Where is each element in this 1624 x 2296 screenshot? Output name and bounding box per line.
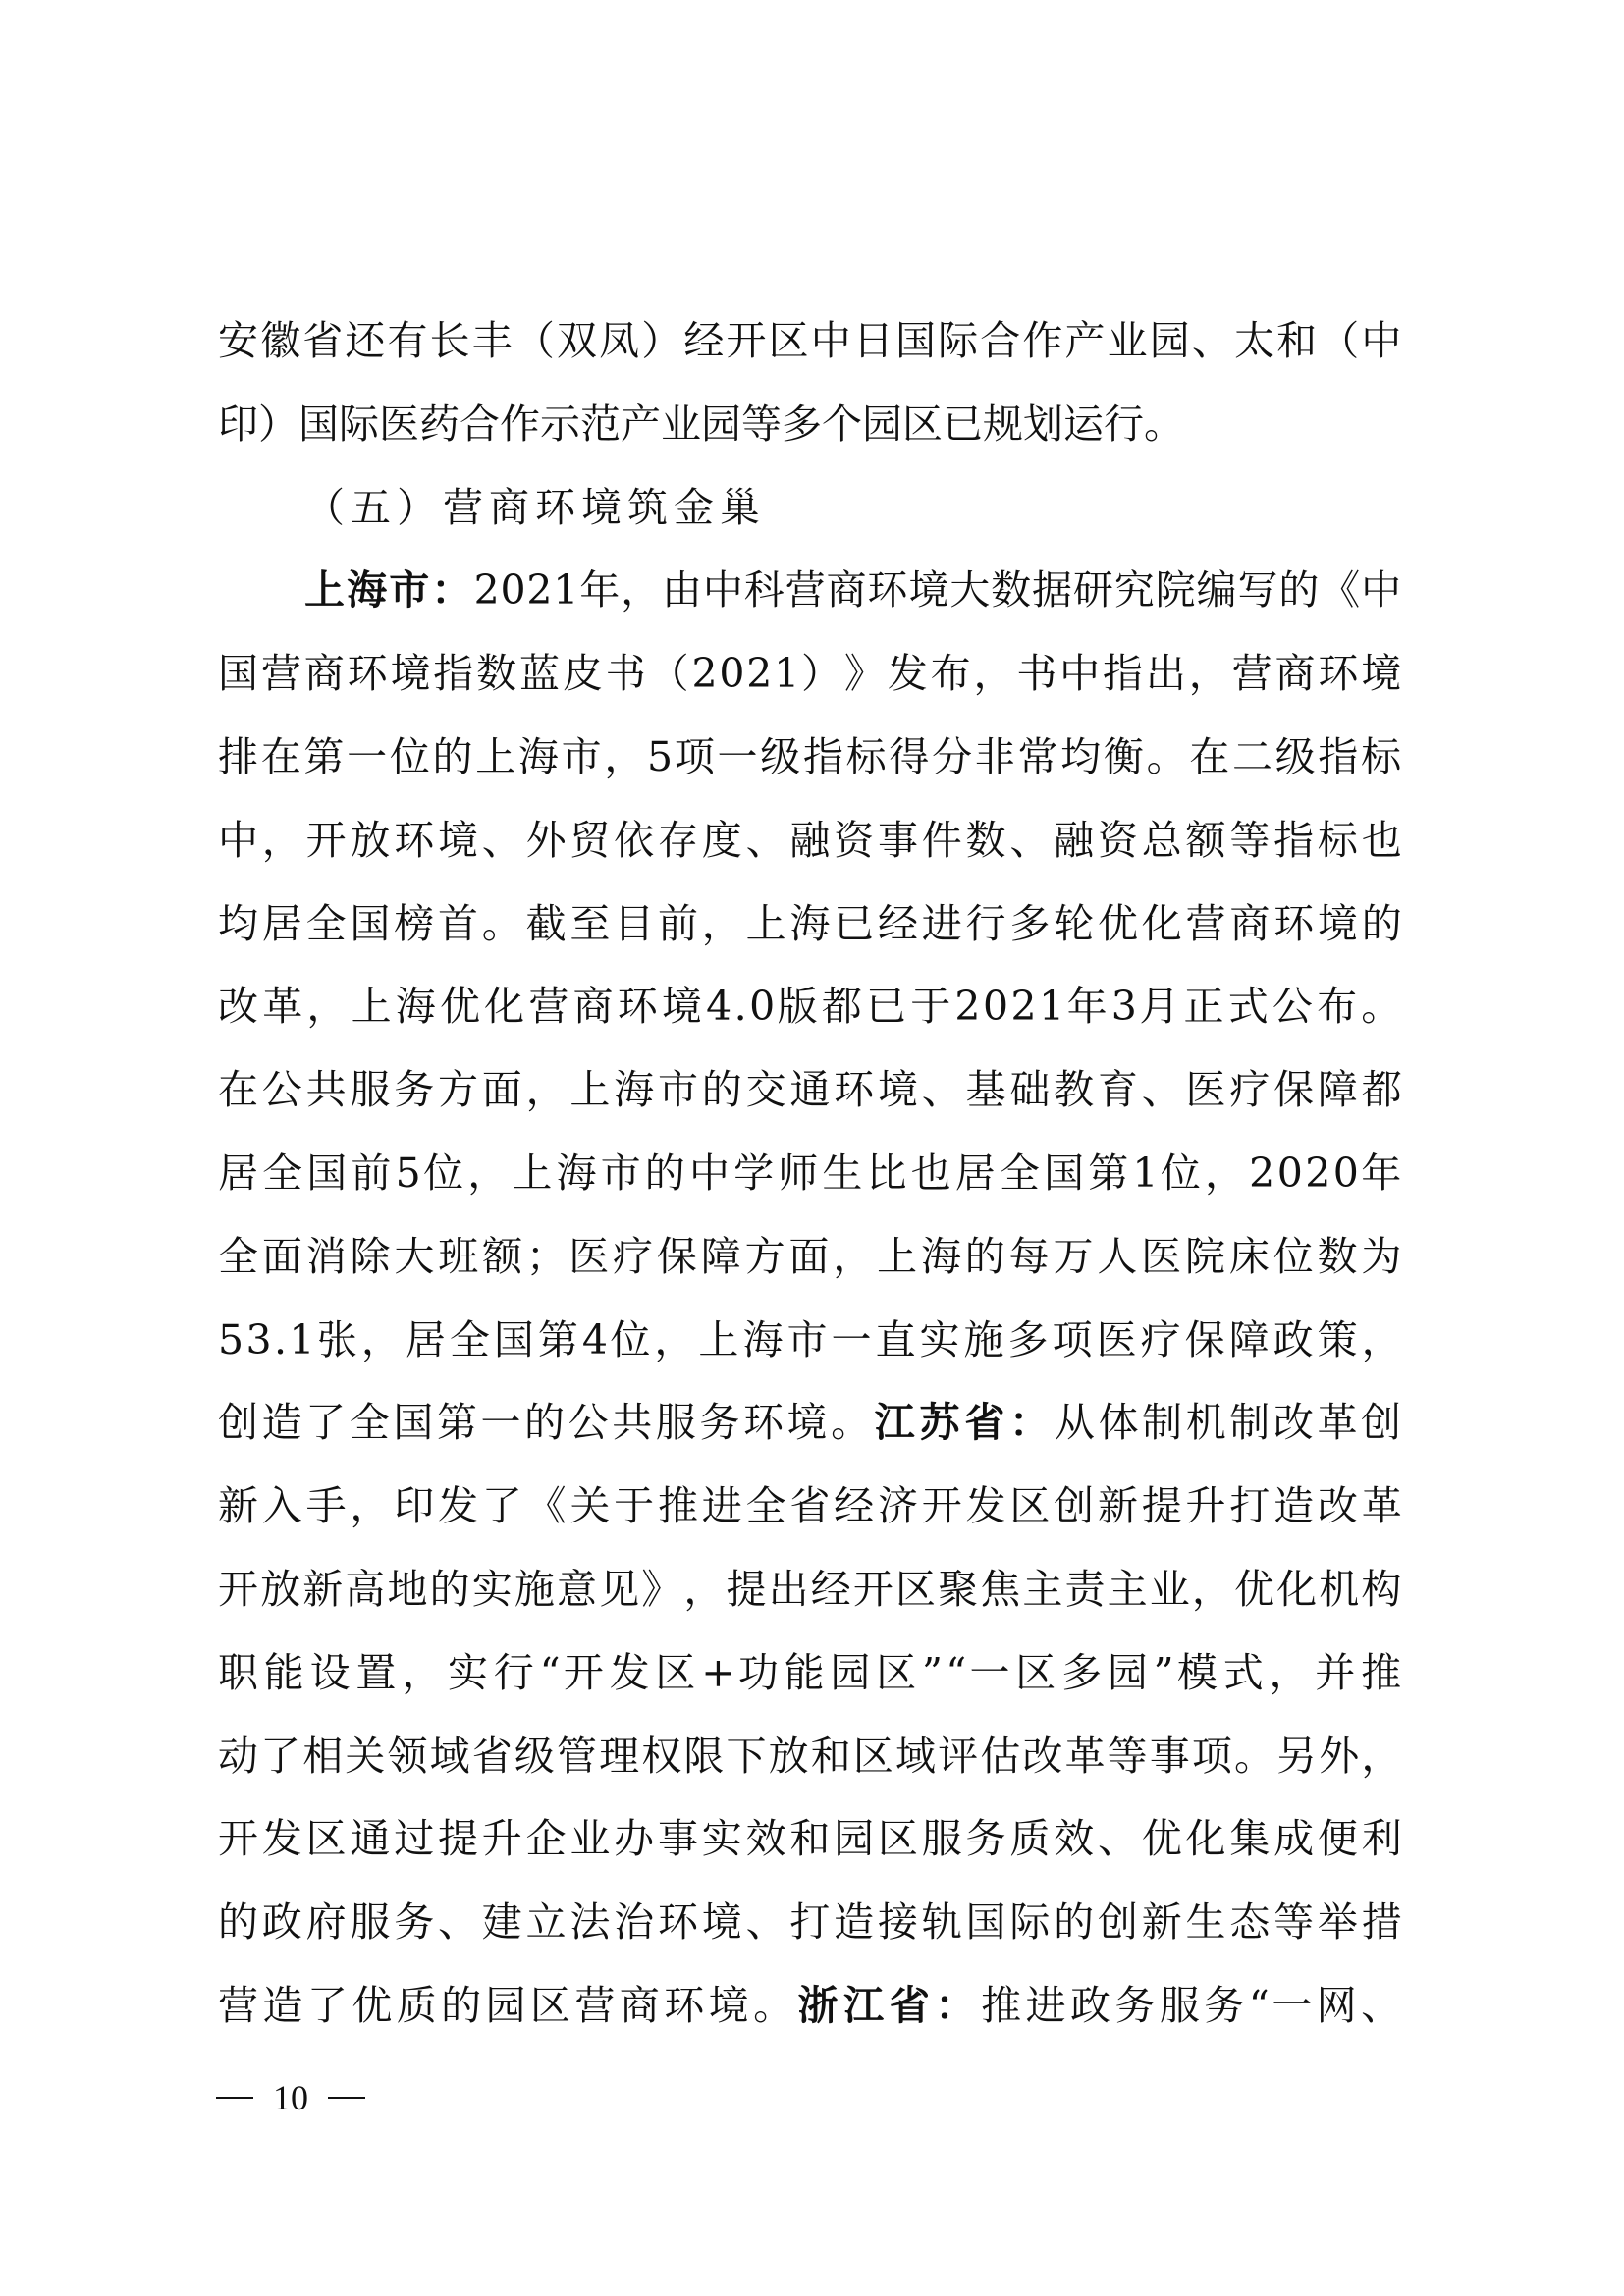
line-text: 改 革 ， 上 海 优 化 营 商 环 境 4 . 0 版 都 已 于 2 0 … [218,983,1401,1030]
line-text: 5 3 . 1 张 ， 居 全 国 第 4 位 ， 上 海 市 一 直 实 施 … [218,1316,1402,1363]
paragraph-line-15: 新 入 手 ， 印 发 了 《 关 于 推 进 全 省 经 济 开 发 区 创 … [218,1465,1401,1548]
body-text: 安 徽 省 还 有 长 丰 （ 双 凤 ） 经 开 区 中 日 国 际 合 作 … [218,299,1401,2048]
paragraph-line-11: 居 全 国 前 5 位 ， 上 海 市 的 中 学 师 生 比 也 居 全 国 … [218,1132,1401,1215]
paragraph-line-2: 印）国际医药合作示范产业园等多个园区已规划运行。 [218,383,1401,466]
section-heading-text: （五）营商环境筑金巢 [304,484,766,531]
paragraph-line-7: 中 ， 开 放 环 境 、 外 贸 依 存 度 、 融 资 事 件 数 、 融 … [218,799,1401,882]
paragraph-line-19: 开 发 区 通 过 提 升 企 业 办 事 实 效 和 园 区 服 务 质 效 … [218,1797,1401,1881]
line-text: 动 了 相 关 领 域 省 级 管 理 权 限 下 放 和 区 域 评 估 改 … [218,1733,1401,1780]
line-text: 均 居 全 国 榜 首 。 截 至 目 前 ， 上 海 已 经 进 行 多 轮 … [218,900,1402,947]
line-text: 创 造 了 全 国 第 一 的 公 共 服 务 环 境 。 [218,1399,875,1446]
paragraph-line-12: 全 面 消 除 大 班 额 ； 医 疗 保 障 方 面 ， 上 海 的 每 万 … [218,1215,1401,1299]
line-text: 开 放 新 高 地 的 实 施 意 见 》 ， 提 出 经 开 区 聚 焦 主 … [218,1566,1401,1613]
line-text: 居 全 国 前 5 位 ， 上 海 市 的 中 学 师 生 比 也 居 全 国 … [218,1149,1401,1197]
line-text: 国 营 商 环 境 指 数 蓝 皮 书 （ 2 0 2 1 ） 》 发 布 ， … [218,650,1401,697]
line-text: 职 能 设 置 ， 实 行 “ 开 发 区 + 功 能 园 区 ” “ 一 区 … [218,1649,1401,1696]
line-text: 的 政 府 服 务 、 建 立 法 治 环 境 、 打 造 接 轨 国 际 的 … [218,1898,1402,1946]
line-text: 印）国际医药合作示范产业园等多个园区已规划运行。 [218,400,1184,448]
region-label-zhejiang: 浙 江 省 ： [797,1982,981,2029]
paragraph-line-1: 安 徽 省 还 有 长 丰 （ 双 凤 ） 经 开 区 中 日 国 际 合 作 … [218,299,1401,383]
line-text: 安 徽 省 还 有 长 丰 （ 双 凤 ） 经 开 区 中 日 国 际 合 作 … [218,317,1401,364]
dash-right [328,2097,365,2099]
line-text: 全 面 消 除 大 班 额 ； 医 疗 保 障 方 面 ， 上 海 的 每 万 … [218,1233,1401,1280]
paragraph-line-18: 动 了 相 关 领 域 省 级 管 理 权 限 下 放 和 区 域 评 估 改 … [218,1715,1401,1798]
paragraph-line-5: 国 营 商 环 境 指 数 蓝 皮 书 （ 2 0 2 1 ） 》 发 布 ， … [218,632,1401,716]
line-text: 营 造 了 优 质 的 园 区 营 商 环 境 。 [218,1982,797,2029]
paragraph-line-jiangsu-start: 创 造 了 全 国 第 一 的 公 共 服 务 环 境 。 江 苏 省 ： 从 … [218,1381,1401,1465]
line-text: 2 0 2 1 年 ， 由 中 科 营 商 环 境 大 数 据 研 究 院 编 … [474,566,1402,614]
paragraph-line-zhejiang-start: 营 造 了 优 质 的 园 区 营 商 环 境 。 浙 江 省 ： 推 进 政 … [218,1964,1401,2048]
paragraph-line-9: 改 革 ， 上 海 优 化 营 商 环 境 4 . 0 版 都 已 于 2 0 … [218,965,1401,1048]
region-label-shanghai: 上 海 市 ： [304,566,474,614]
line-text: 新 入 手 ， 印 发 了 《 关 于 推 进 全 省 经 济 开 发 区 创 … [218,1482,1402,1529]
line-text: 在 公 共 服 务 方 面 ， 上 海 市 的 交 通 环 境 、 基 础 教 … [218,1066,1402,1113]
line-text: 从 体 制 机 制 改 革 创 [1055,1399,1401,1446]
line-text: 排 在 第 一 位 的 上 海 市 ， 5 项 一 级 指 标 得 分 非 常 … [218,733,1401,780]
paragraph-line-17: 职 能 设 置 ， 实 行 “ 开 发 区 + 功 能 园 区 ” “ 一 区 … [218,1631,1401,1715]
dash-left [216,2097,253,2099]
page-number-value: 10 [273,2073,308,2122]
paragraph-line-20: 的 政 府 服 务 、 建 立 法 治 环 境 、 打 造 接 轨 国 际 的 … [218,1881,1401,1964]
paragraph-line-10: 在 公 共 服 务 方 面 ， 上 海 市 的 交 通 环 境 、 基 础 教 … [218,1048,1401,1132]
page-number: 10 [216,2073,365,2122]
paragraph-line-16: 开 放 新 高 地 的 实 施 意 见 》 ， 提 出 经 开 区 聚 焦 主 … [218,1548,1401,1631]
line-text: 推 进 政 务 服 务 “ 一 网 、 [981,1982,1401,2029]
region-label-jiangsu: 江 苏 省 ： [875,1399,1055,1446]
paragraph-line-8: 均 居 全 国 榜 首 。 截 至 目 前 ， 上 海 已 经 进 行 多 轮 … [218,882,1401,966]
paragraph-line-13: 5 3 . 1 张 ， 居 全 国 第 4 位 ， 上 海 市 一 直 实 施 … [218,1299,1401,1382]
section-heading: （五）营商环境筑金巢 [218,466,1401,550]
line-text: 开 发 区 通 过 提 升 企 业 办 事 实 效 和 园 区 服 务 质 效 … [218,1815,1402,1862]
paragraph-line-6: 排 在 第 一 位 的 上 海 市 ， 5 项 一 级 指 标 得 分 非 常 … [218,716,1401,799]
paragraph-line-shanghai-start: 上 海 市 ： 2 0 2 1 年 ， 由 中 科 营 商 环 境 大 数 据 … [218,549,1401,632]
document-page: 安 徽 省 还 有 长 丰 （ 双 凤 ） 经 开 区 中 日 国 际 合 作 … [0,0,1624,2296]
line-text: 中 ， 开 放 环 境 、 外 贸 依 存 度 、 融 资 事 件 数 、 融 … [218,817,1402,864]
